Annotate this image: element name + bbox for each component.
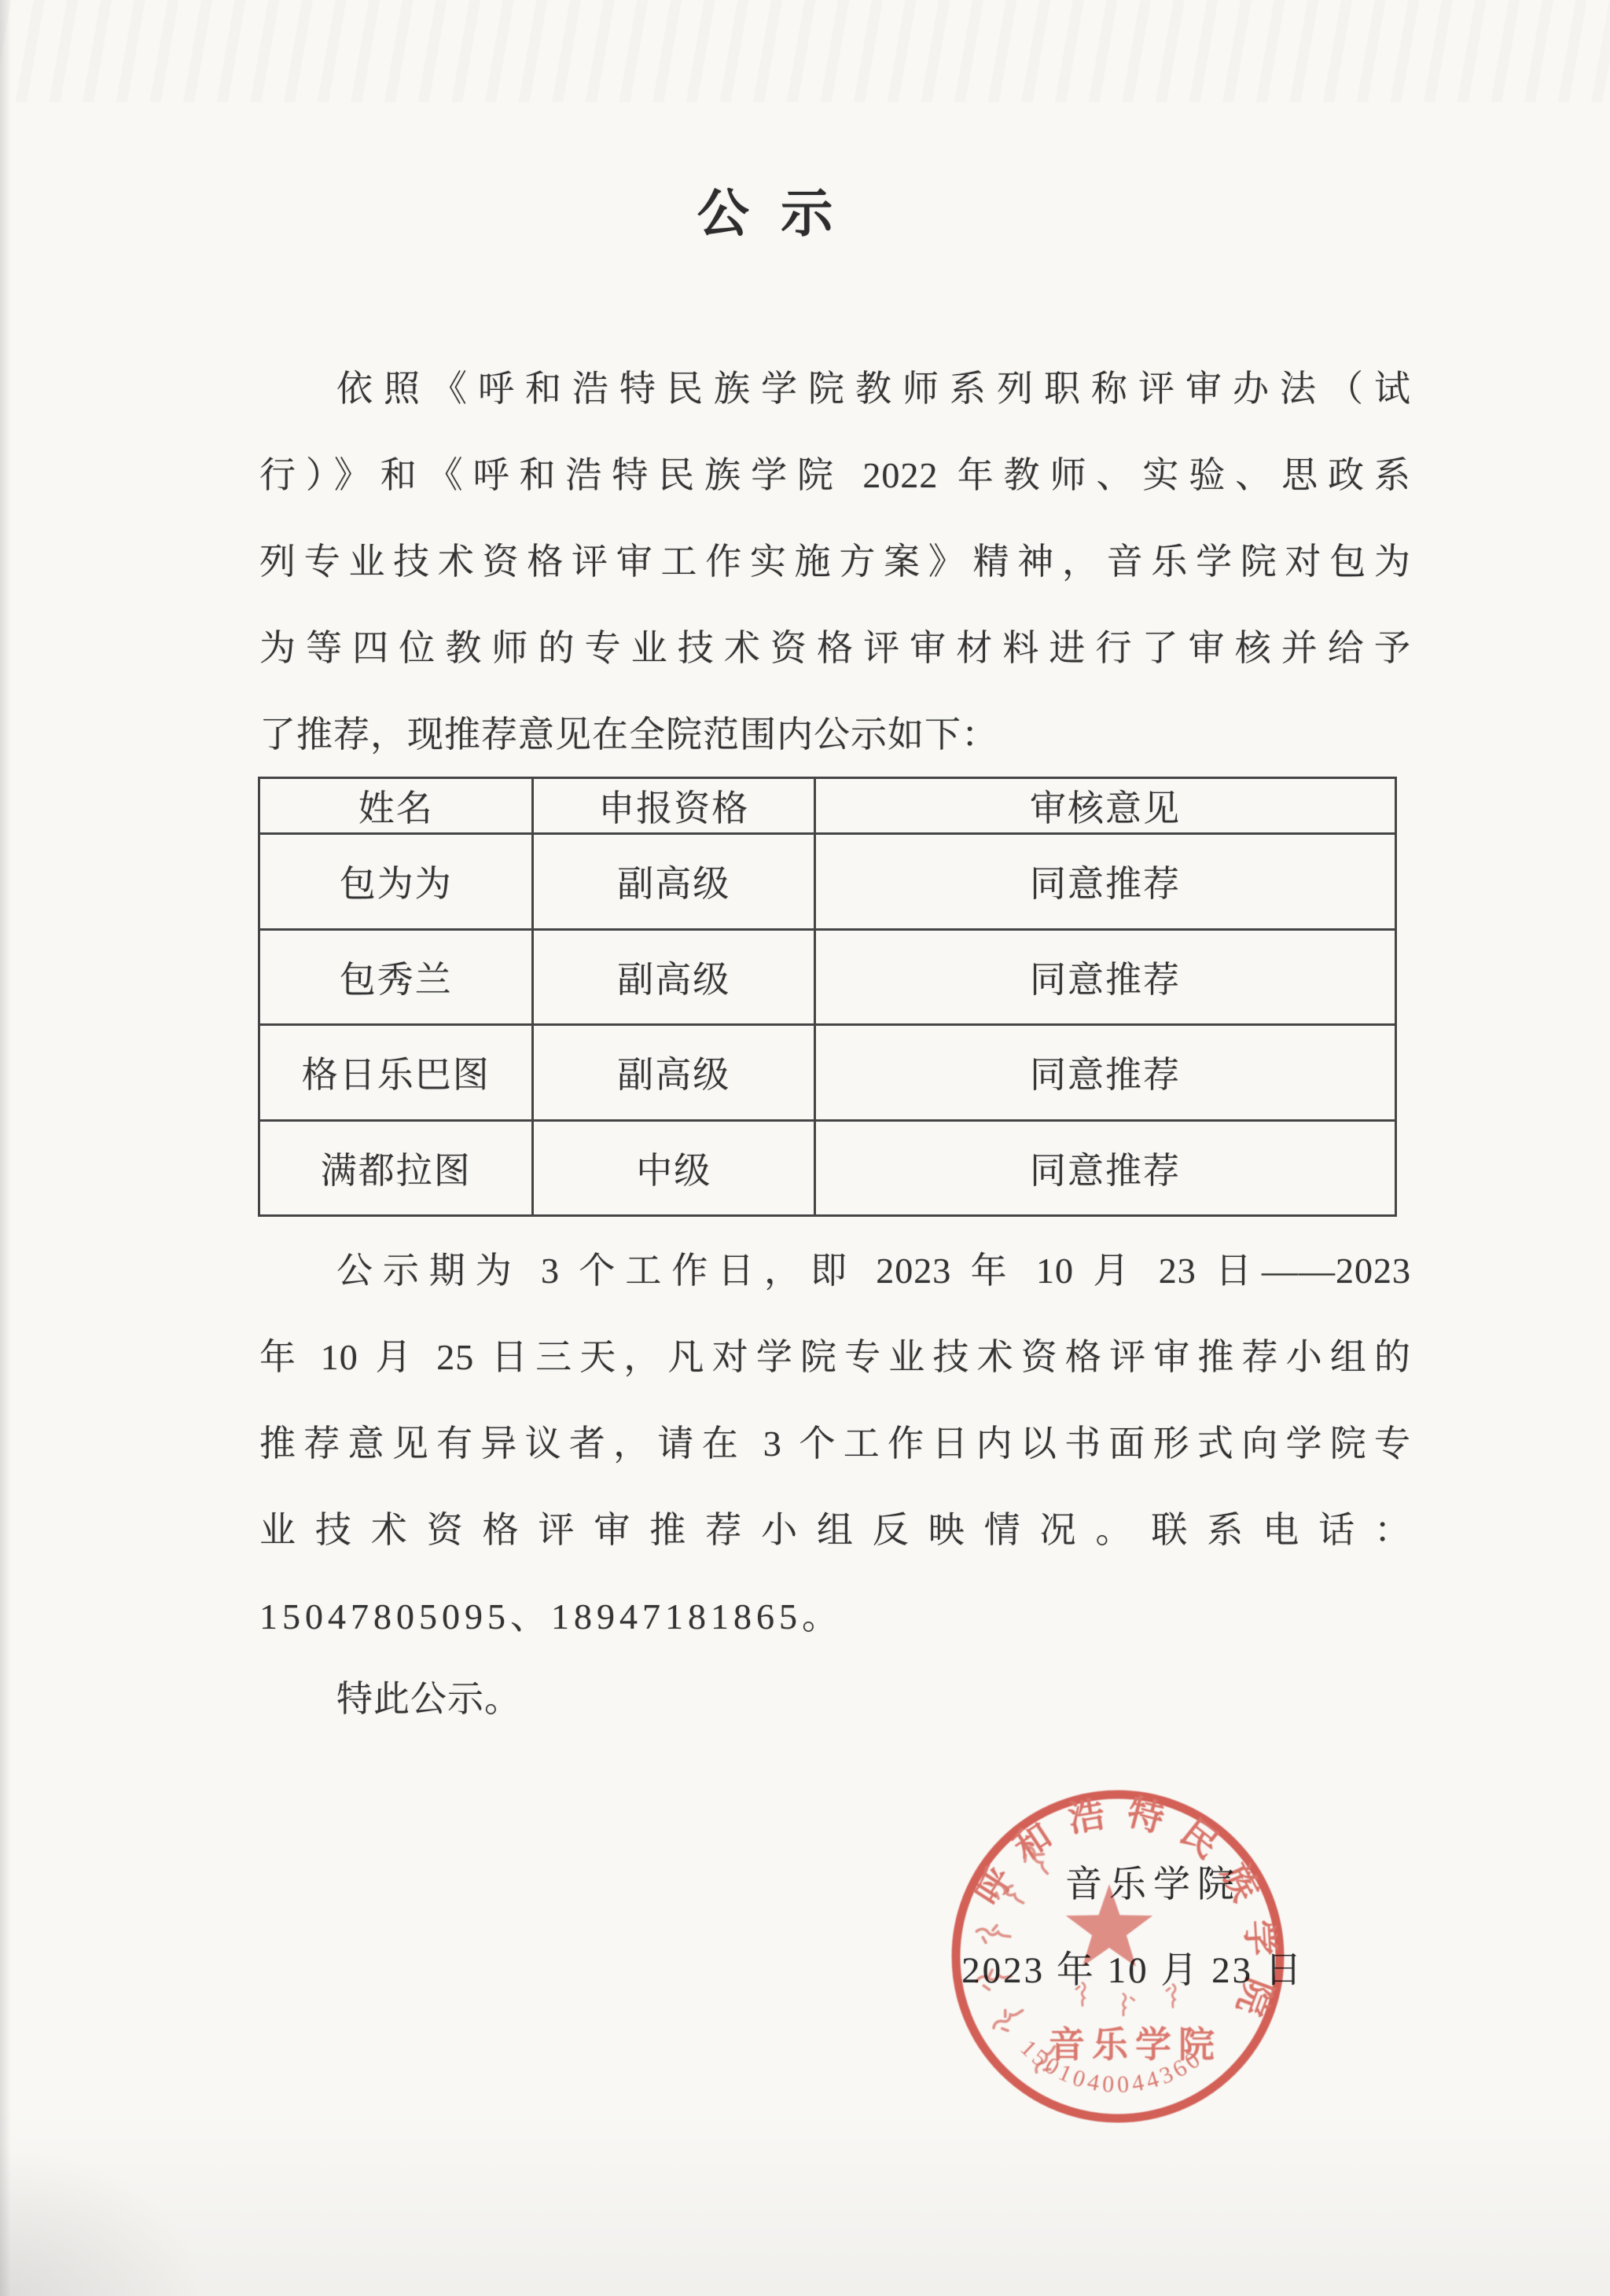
text-line: 依照《呼和浩特民族学院教师系列职称评审办法（试 xyxy=(259,346,1411,432)
text-line: 为等四位教师的专业技术资格评审材料进行了审核并给予 xyxy=(259,605,1411,692)
table-row: 格日乐巴图 副高级 同意推荐 xyxy=(259,1025,1396,1121)
official-seal: 呼和浩特民族学院 音乐学院 1501040044360 xyxy=(937,1776,1299,2137)
table-row: 包秀兰 副高级 同意推荐 xyxy=(259,929,1396,1025)
page-title: 公 示 xyxy=(0,171,1533,258)
intro-paragraph: 依照《呼和浩特民族学院教师系列职称评审办法（试 行）》和《呼和浩特民族学院 20… xyxy=(259,346,1411,778)
table-header-row: 姓名 申报资格 审核意见 xyxy=(259,778,1396,834)
text-line: 行）》和《呼和浩特民族学院 2022 年教师、实验、思政系 xyxy=(259,432,1411,519)
scan-artifact-corner xyxy=(0,2147,204,2296)
cell-qualification: 副高级 xyxy=(533,834,815,930)
cell-qualification: 副高级 xyxy=(533,1025,815,1121)
cell-opinion: 同意推荐 xyxy=(815,834,1396,930)
notice-paragraph: 公示期为 3 个工作日，即 2023 年 10 月 23 日——2023 年 1… xyxy=(259,1228,1411,1660)
cell-opinion: 同意推荐 xyxy=(815,929,1396,1025)
document-page: 公 示 依照《呼和浩特民族学院教师系列职称评审办法（试 行）》和《呼和浩特民族学… xyxy=(0,0,1610,2296)
text-line: 公示期为 3 个工作日，即 2023 年 10 月 23 日——2023 xyxy=(259,1228,1411,1314)
table-row: 满都拉图 中级 同意推荐 xyxy=(259,1120,1396,1216)
closing-paragraph: 特此公示。 xyxy=(259,1656,1411,1743)
cell-name: 包为为 xyxy=(259,834,533,930)
cell-name: 包秀兰 xyxy=(259,929,533,1025)
text-line: 了推荐，现推荐意见在全院范围内公示如下： xyxy=(259,692,1411,778)
seal-star-icon xyxy=(1066,1884,1152,1967)
cell-qualification: 中级 xyxy=(533,1120,815,1216)
scan-artifact-top xyxy=(0,0,1610,102)
cell-opinion: 同意推荐 xyxy=(815,1120,1396,1216)
review-table: 姓名 申报资格 审核意见 包为为 副高级 同意推荐 包秀兰 副高级 同意推荐 格… xyxy=(258,777,1397,1217)
contact-phone-numbers: 15047805095、18947181865。 xyxy=(259,1574,1411,1660)
col-header-qualification: 申报资格 xyxy=(533,778,815,834)
closing-line: 特此公示。 xyxy=(259,1656,1411,1743)
scan-artifact-left-edge xyxy=(0,0,11,2296)
text-line: 年 10 月 25 日三天，凡对学院专业技术资格评审推荐小组的 xyxy=(259,1314,1411,1401)
table-row: 包为为 副高级 同意推荐 xyxy=(259,834,1396,930)
cell-qualification: 副高级 xyxy=(533,929,815,1025)
cell-name: 满都拉图 xyxy=(259,1120,533,1216)
text-line: 业技术资格评审推荐小组反映情况。联系电话： xyxy=(259,1487,1411,1574)
cell-opinion: 同意推荐 xyxy=(815,1025,1396,1121)
scan-artifact-bottom xyxy=(0,2107,1610,2296)
text-line: 推荐意见有异议者，请在 3 个工作日内以书面形式向学院专 xyxy=(259,1401,1411,1487)
cell-name: 格日乐巴图 xyxy=(259,1025,533,1121)
col-header-opinion: 审核意见 xyxy=(815,778,1396,834)
col-header-name: 姓名 xyxy=(259,778,533,834)
text-line: 列专业技术资格评审工作实施方案》精神，音乐学院对包为 xyxy=(259,519,1411,605)
